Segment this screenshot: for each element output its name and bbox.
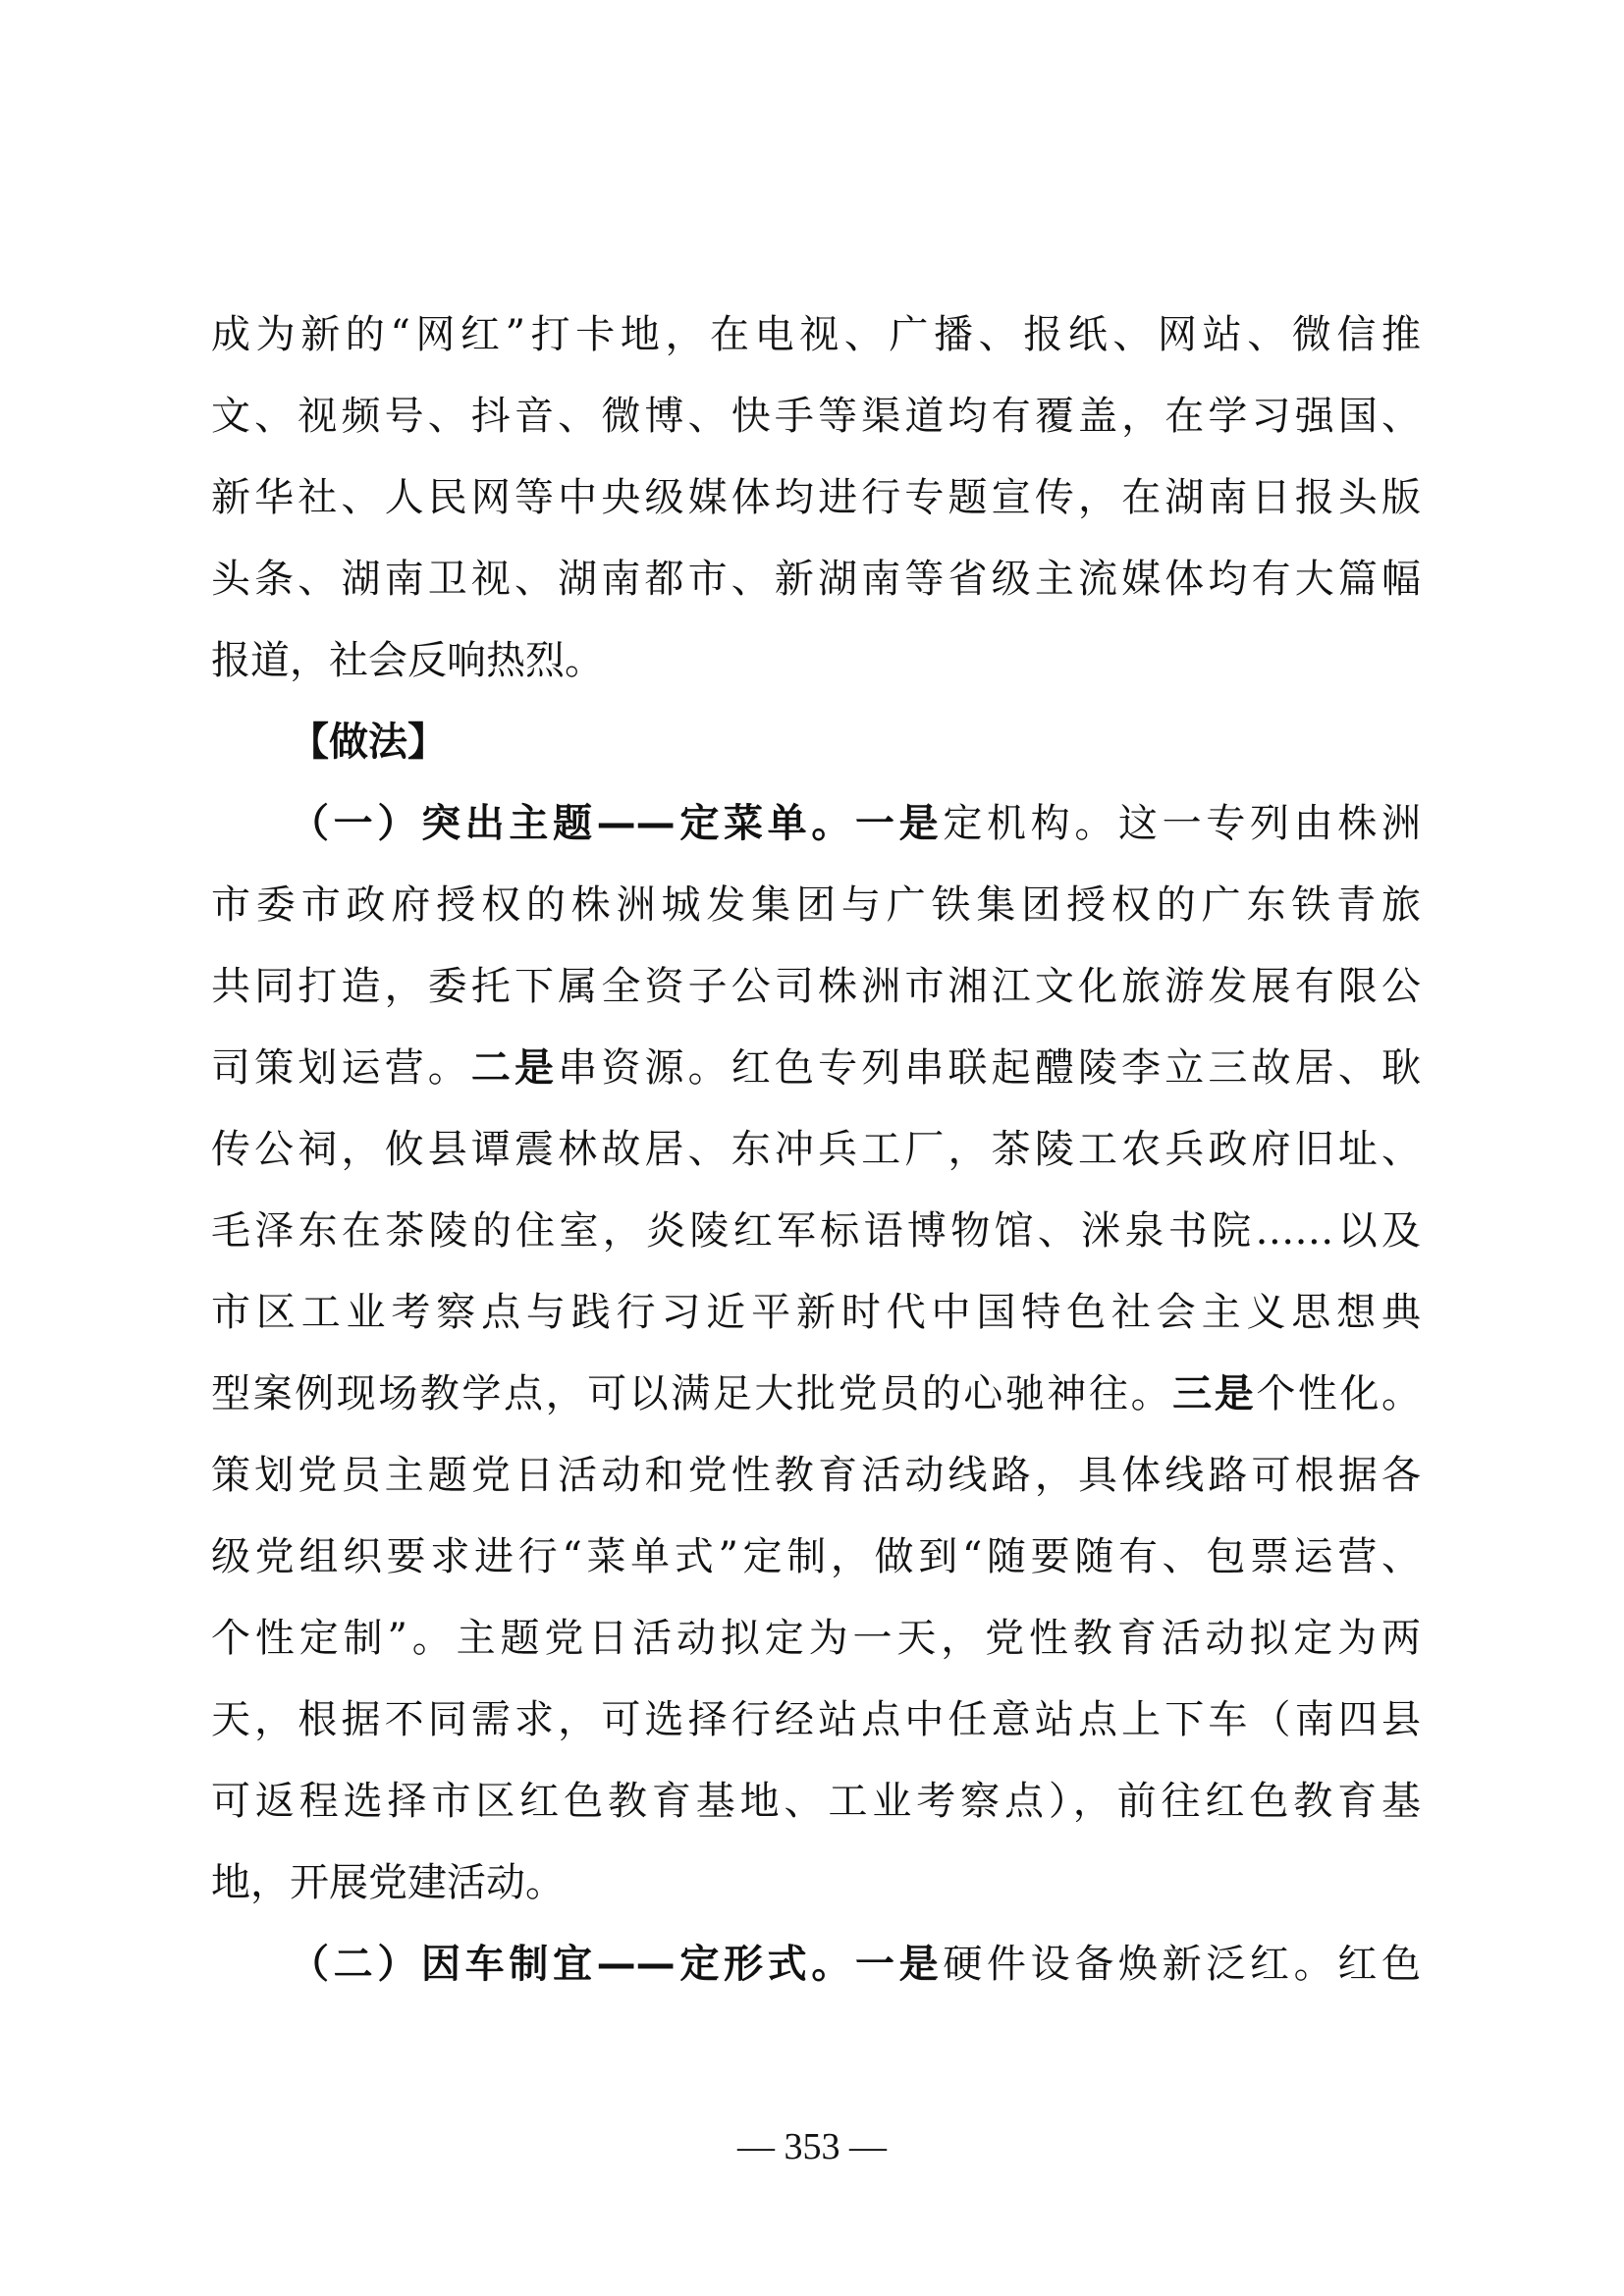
paragraph-line: 传公祠，攸县谭震林故居、东冲兵工厂，茶陵工农兵政府旧址、 — [211, 1109, 1421, 1191]
lead-marker: 一是 — [855, 1942, 943, 1987]
part2-heading-line: （二）因车制宜——定形式。一是硬件设备焕新泛红。红色 — [211, 1924, 1421, 2005]
paragraph-line: 市委市政府授权的株洲城发集团与广铁集团授权的广东铁青旅 — [211, 865, 1421, 946]
text-run: 型案例现场教学点，可以满足大批党员的心驰神往。 — [211, 1371, 1172, 1416]
document-page: 成为新的“网红”打卡地，在电视、广播、报纸、网站、微信推 文、视频号、抖音、微博… — [211, 294, 1421, 2005]
paragraph-line: 型案例现场教学点，可以满足大批党员的心驰神往。三是个性化。 — [211, 1354, 1421, 1435]
paragraph-line: 新华社、人民网等中央级媒体均进行专题宣传，在湖南日报头版 — [211, 457, 1421, 539]
paragraph-line: 市区工业考察点与践行习近平新时代中国特色社会主义思想典 — [211, 1272, 1421, 1354]
paragraph-line: 共同打造，委托下属全资子公司株洲市湘江文化旅游发展有限公 — [211, 946, 1421, 1028]
paragraph-line: 级党组织要求进行“菜单式”定制，做到“随要随有、包票运营、 — [211, 1517, 1421, 1598]
lead-marker: 二是 — [471, 1045, 558, 1091]
text-run: 司策划运营。 — [211, 1045, 471, 1091]
text-run: 个性化。 — [1256, 1371, 1421, 1416]
part1-heading-line: （一）突出主题——定菜单。一是定机构。这一专列由株洲 — [211, 783, 1421, 865]
text-run: 串资源。红色专列串联起醴陵李立三故居、耿 — [558, 1045, 1421, 1091]
lead-marker: 一是 — [855, 801, 943, 846]
paragraph-line: 个性定制”。主题党日活动拟定为一天，党性教育活动拟定为两 — [211, 1598, 1421, 1680]
part1-title: （一）突出主题——定菜单。 — [290, 801, 855, 846]
lead-marker: 三是 — [1172, 1371, 1256, 1416]
paragraph-line: 毛泽东在茶陵的住室，炎陵红军标语博物馆、洣泉书院……以及 — [211, 1191, 1421, 1272]
paragraph-line: 成为新的“网红”打卡地，在电视、广播、报纸、网站、微信推 — [211, 294, 1421, 376]
text-run: 硬件设备焕新泛红。红色 — [943, 1942, 1421, 1987]
paragraph-line: 报道，社会反响热烈。 — [211, 620, 1421, 702]
text-run: 定机构。这一专列由株洲 — [943, 801, 1421, 846]
paragraph-line: 文、视频号、抖音、微博、快手等渠道均有覆盖，在学习强国、 — [211, 376, 1421, 457]
paragraph-line: 策划党员主题党日活动和党性教育活动线路，具体线路可根据各 — [211, 1435, 1421, 1517]
paragraph-line: 可返程选择市区红色教育基地、工业考察点），前往红色教育基 — [211, 1761, 1421, 1842]
paragraph-line: 地，开展党建活动。 — [211, 1842, 1421, 1924]
paragraph-line: 天，根据不同需求，可选择行经站点中任意站点上下车（南四县 — [211, 1680, 1421, 1761]
paragraph-line: 头条、湖南卫视、湖南都市、新湖南等省级主流媒体均有大篇幅 — [211, 539, 1421, 620]
part2-title: （二）因车制宜——定形式。 — [290, 1942, 855, 1987]
page-number: — 353 — — [0, 2125, 1624, 2168]
section-heading: 【做法】 — [211, 702, 1421, 783]
paragraph-line: 司策划运营。二是串资源。红色专列串联起醴陵李立三故居、耿 — [211, 1028, 1421, 1109]
